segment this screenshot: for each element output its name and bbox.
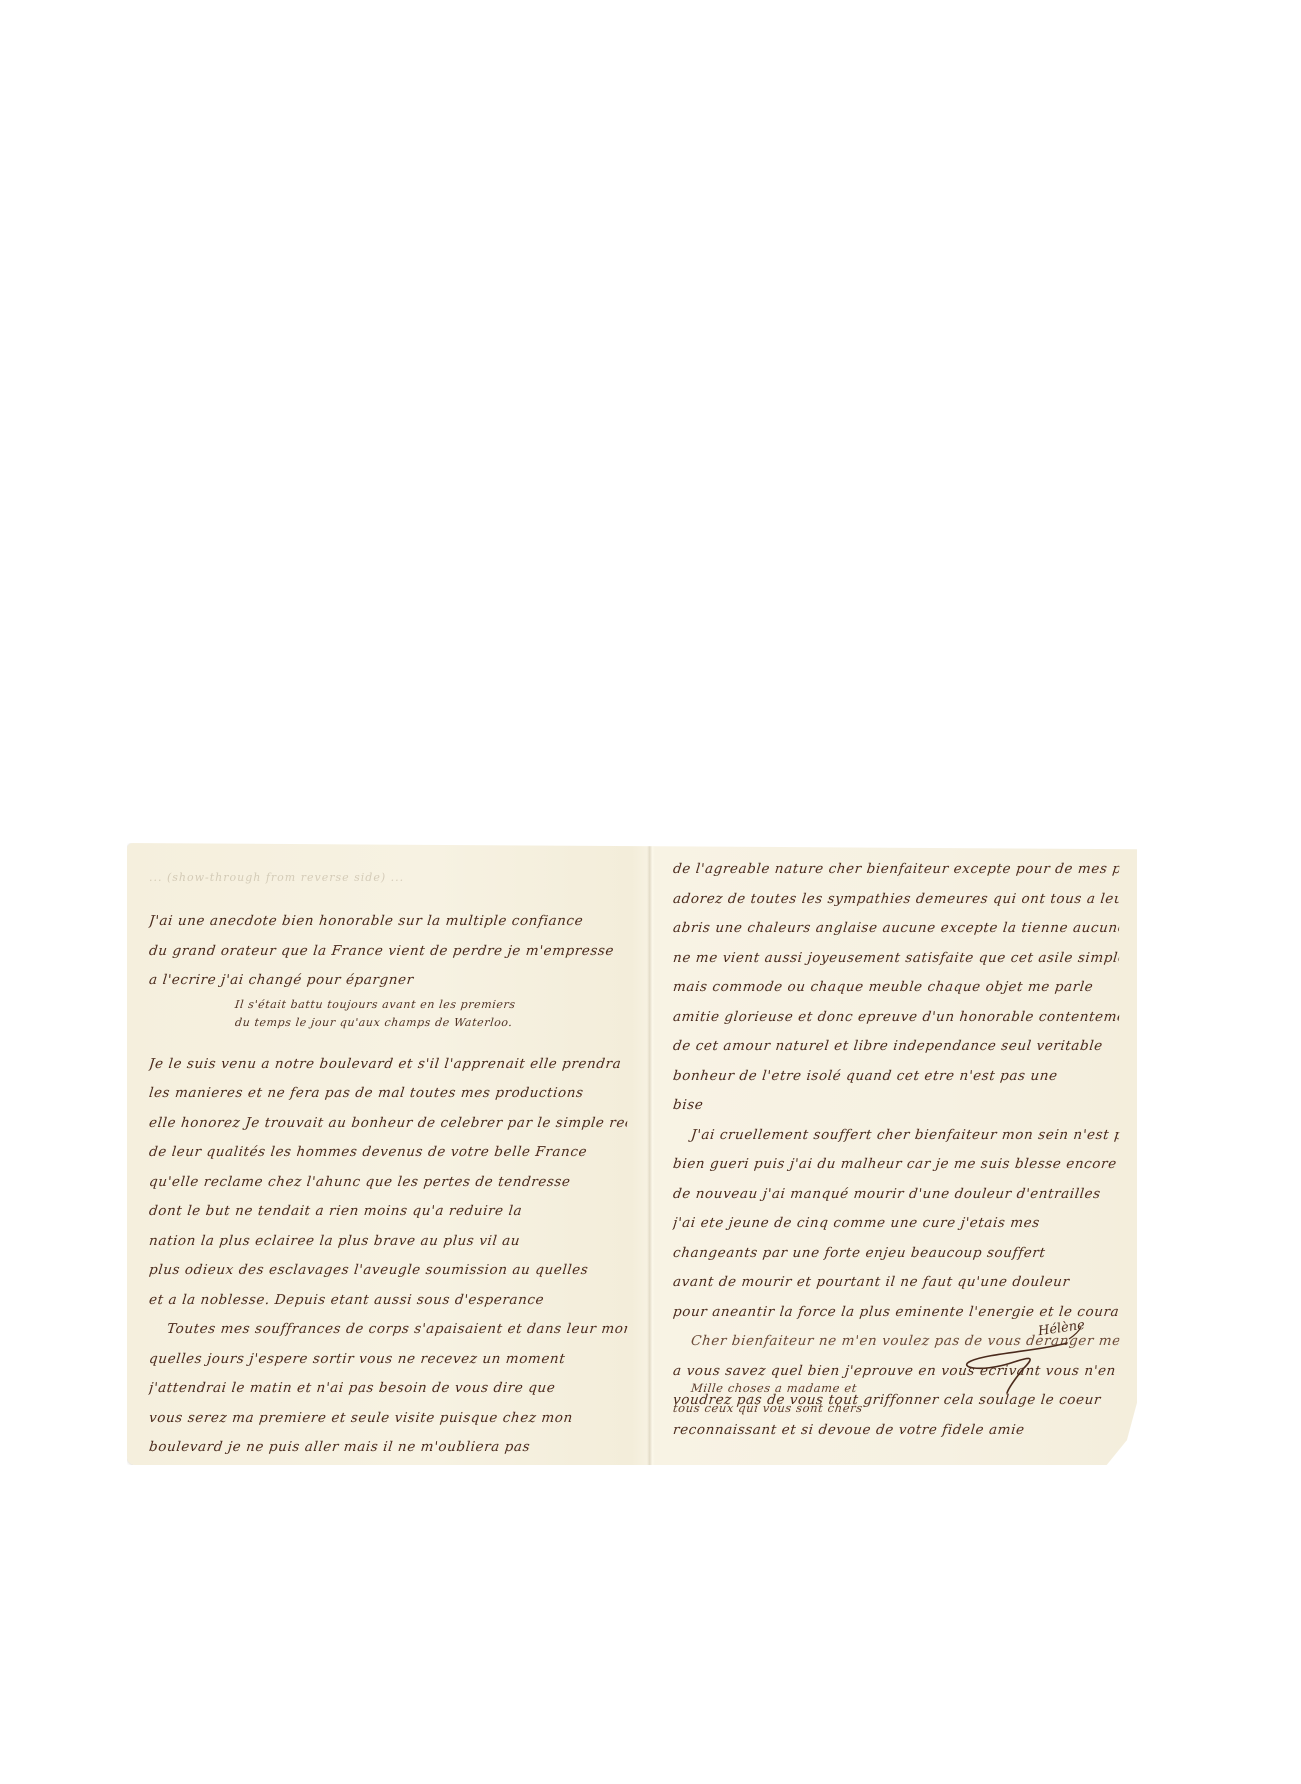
left-page: ... (show-through from reverse side) ...… <box>127 843 647 1465</box>
postscript: Mille choses a madame et tous ceux qui v… <box>673 1378 863 1418</box>
letter-line: plus odieux des esclavages l'aveugle sou… <box>147 1256 628 1286</box>
letter-line: la votre une chambre pourvue de tout le … <box>147 1492 628 1522</box>
letter-line: du grand orateur que la France vient de … <box>147 937 628 967</box>
letter-line: quelles jours j'espere sortir vous ne re… <box>147 1345 628 1375</box>
letter-line: dont le but ne tendait a rien moins qu'a… <box>147 1197 628 1227</box>
letter-line: J'ai cruellement souffert cher bienfaite… <box>671 1121 1120 1151</box>
quotation-line: Il s'était battu toujours avant en les p… <box>148 996 628 1014</box>
signature: Hélène <box>949 1321 1089 1401</box>
letter-line: il vient voir le domicile du a son amiti… <box>147 1463 628 1493</box>
letter-line: Toutes mes souffrances de corps s'apaisa… <box>147 1315 628 1345</box>
letter-line: amitie glorieuse et donc epreuve d'un ho… <box>671 1003 1120 1033</box>
letter-line: reconnaissant et si devoue de votre fide… <box>671 1416 1120 1446</box>
right-page: de l'agreable nature cher bienfaiteur ex… <box>655 843 1137 1465</box>
letter-line: qu'elle reclame chez l'ahunc que les per… <box>147 1168 628 1198</box>
letter-line: de cet amour naturel et libre independan… <box>671 1032 1120 1062</box>
letter-line: les manieres et ne fera pas de mal toute… <box>147 1079 628 1109</box>
letter-line: avant de mourir et pourtant il ne faut q… <box>671 1268 1120 1298</box>
quotation-line: du temps le jour qu'aux champs de Waterl… <box>148 1014 628 1032</box>
letter-line: abris une chaleurs anglaise aucune excep… <box>671 914 1120 944</box>
center-fold <box>647 843 655 1465</box>
letter-line: Je le suis venu a notre boulevard et s'i… <box>147 1050 628 1080</box>
letter-line: de l'agreable nature cher bienfaiteur ex… <box>671 855 1120 885</box>
postscript-line: tous ceux qui vous sont chers <box>672 1398 864 1418</box>
signature-flourish-icon <box>949 1321 1089 1401</box>
letter-line: bien gueri puis j'ai du malheur car je m… <box>671 1150 1120 1180</box>
letter-line: j'attendrai le matin et n'ai pas besoin … <box>147 1374 628 1404</box>
letter-line: de leur qualités les hommes devenus de v… <box>147 1138 628 1168</box>
letter-line: ne me vient aussi joyeusement satisfaite… <box>671 944 1120 974</box>
letter-line: bonheur de l'etre isolé quand cet etre n… <box>671 1062 1120 1092</box>
letter-line: nation la plus eclairee la plus brave au… <box>147 1227 628 1257</box>
postscript-line: Mille choses a madame et <box>672 1378 864 1398</box>
letter-line: et a la noblesse. Depuis etant aussi sou… <box>147 1286 628 1316</box>
letter-line: de nouveau j'ai manqué mourir d'une doul… <box>671 1180 1120 1210</box>
letter-line: changeants par une forte enjeu beaucoup … <box>671 1239 1120 1269</box>
letter-line: bise <box>671 1091 1120 1121</box>
show-through-text: ... (show-through from reverse side) ... <box>149 871 627 889</box>
letter-line: mais commode ou chaque meuble chaque obj… <box>671 973 1120 1003</box>
letter-line: vous serez ma premiere et seule visite p… <box>147 1404 628 1434</box>
letter-line: j'ai ete jeune de cinq comme une cure j'… <box>671 1209 1120 1239</box>
letter-line: adorez de toutes les sympathies demeures… <box>671 885 1120 915</box>
manuscript-letter-sheet: ... (show-through from reverse side) ...… <box>127 843 1137 1465</box>
letter-line: J'ai une anecdote bien honorable sur la … <box>147 907 628 937</box>
letter-line: boulevard je ne puis aller mais il ne m'… <box>147 1433 628 1463</box>
letter-line: elle honorez Je trouvait au bonheur de c… <box>147 1109 628 1139</box>
letter-line: a l'ecrire j'ai changé pour épargner <box>147 966 628 996</box>
